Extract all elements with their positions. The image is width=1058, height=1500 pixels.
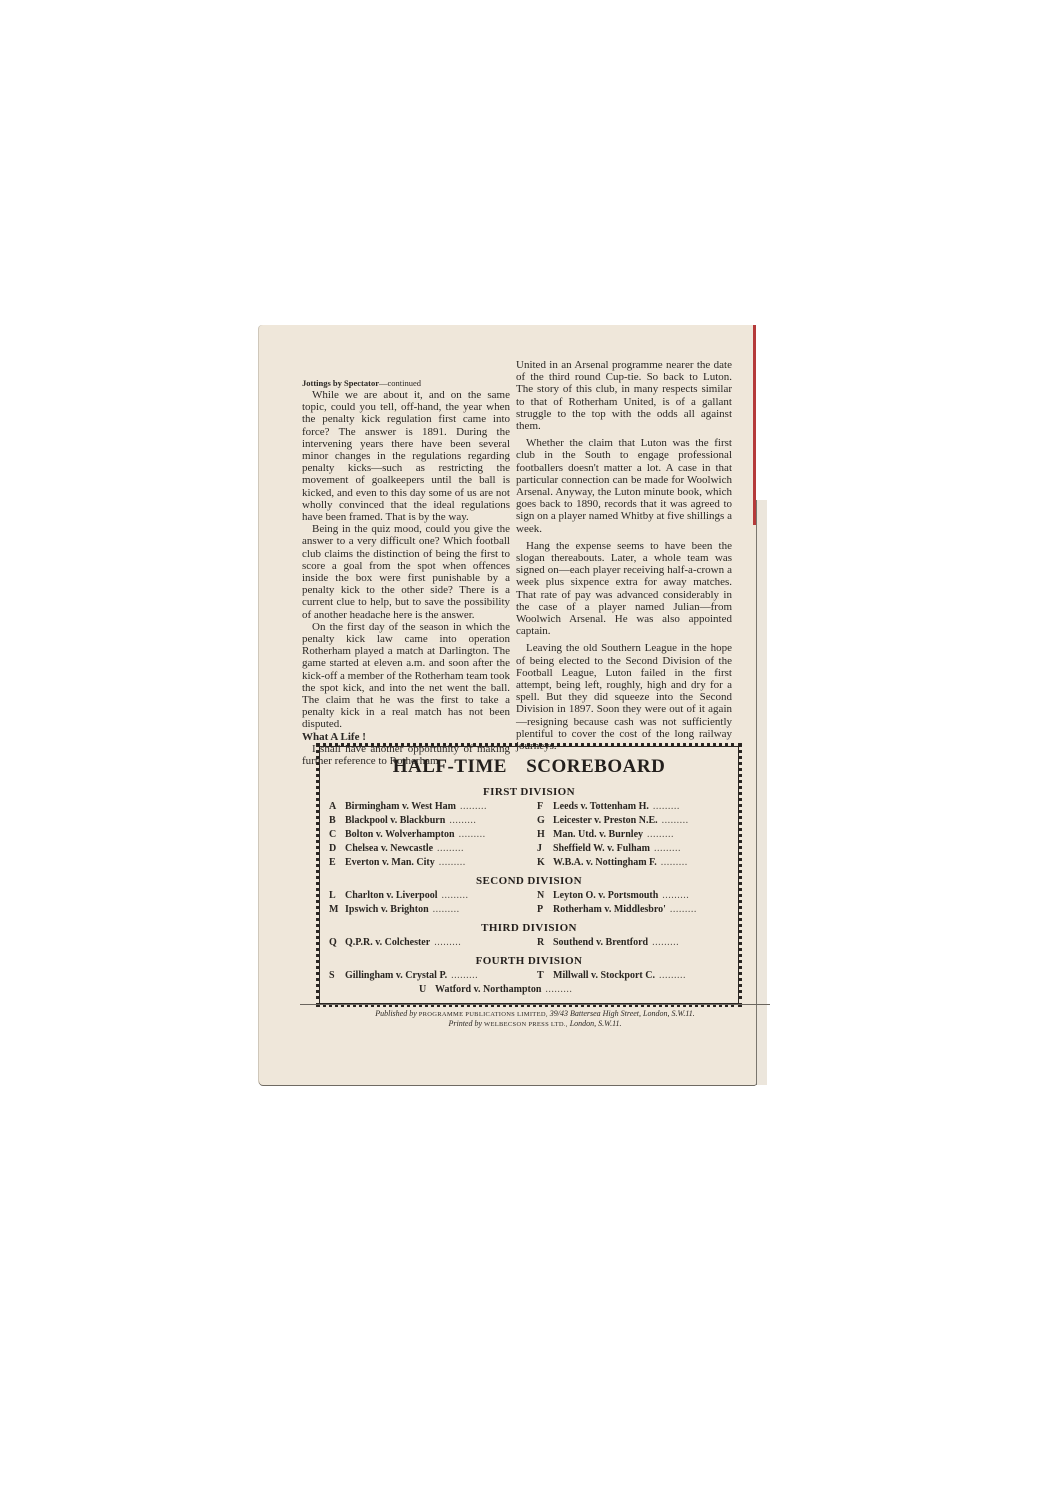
fixture-match: Man. Utd. v. Burnley	[553, 829, 643, 840]
paragraph: While we are about it, and on the same t…	[302, 389, 510, 523]
imprint: Published by PROGRAMME PUBLICATIONS LIMI…	[300, 1004, 770, 1029]
column-title: Jottings by Spectator	[302, 378, 379, 388]
fixture-row: TMillwall v. Stockport C..........	[537, 970, 686, 981]
paragraph: United in an Arsenal programme nearer th…	[516, 359, 732, 432]
fixture-match: Gillingham v. Crystal P.	[345, 970, 447, 981]
score-entry-dots: .........	[545, 984, 572, 995]
fixture-match: Millwall v. Stockport C.	[553, 970, 655, 981]
page-edge	[756, 500, 767, 1085]
fixture-code: Q	[329, 937, 345, 948]
fixture-code: R	[537, 937, 553, 948]
fixture-match: Birmingham v. West Ham	[345, 801, 456, 812]
fixture-row: LCharlton v. Liverpool.........	[329, 890, 469, 901]
division-heading: THIRD DIVISION	[319, 922, 739, 934]
fixture-row: GLeicester v. Preston N.E..........	[537, 815, 689, 826]
fixture-match: W.B.A. v. Nottingham F.	[553, 857, 657, 868]
fixture-row: BBlackpool v. Blackburn.........	[329, 815, 476, 826]
fixture-row: DChelsea v. Newcastle.........	[329, 843, 464, 854]
left-column: While we are about it, and on the same t…	[302, 389, 510, 767]
fixture-code: B	[329, 815, 345, 826]
score-entry-dots: .........	[659, 970, 686, 981]
fixture-row: PRotherham v. Middlesbro'.........	[537, 904, 697, 915]
red-spine-edge	[753, 325, 756, 525]
fixture-match: Leeds v. Tottenham H.	[553, 801, 649, 812]
fixture-match: Leyton O. v. Portsmouth	[553, 890, 658, 901]
imprint-published-prefix: Published by	[375, 1009, 417, 1018]
fixture-code: N	[537, 890, 553, 901]
score-entry-dots: .........	[460, 801, 487, 812]
fixture-match: Bolton v. Wolverhampton	[345, 829, 455, 840]
half-time-scoreboard: HALF-TIME SCOREBOARD FIRST DIVISIONABirm…	[316, 743, 742, 1007]
imprint-published-address: 39/43 Battersea High Street, London, S.W…	[550, 1009, 695, 1018]
imprint-printer: WELBECSON PRESS LTD.,	[484, 1021, 568, 1028]
score-entry-dots: .........	[451, 970, 478, 981]
score-entry-dots: .........	[670, 904, 697, 915]
fixture-match: Southend v. Brentford	[553, 937, 648, 948]
score-entry-dots: .........	[661, 857, 688, 868]
imprint-printed-prefix: Printed by	[448, 1019, 482, 1028]
score-entry-dots: .........	[442, 890, 469, 901]
fixture-row: RSouthend v. Brentford.........	[537, 937, 679, 948]
paragraph: Whether the claim that Luton was the fir…	[516, 437, 732, 535]
fixture-row: CBolton v. Wolverhampton.........	[329, 829, 486, 840]
fixture-match: Rotherham v. Middlesbro'	[553, 904, 666, 915]
fixture-code: F	[537, 801, 553, 812]
score-entry-dots: .........	[437, 843, 464, 854]
fixture-match: Sheffield W. v. Fulham	[553, 843, 650, 854]
fixture-code: S	[329, 970, 345, 981]
score-entry-dots: .........	[439, 857, 466, 868]
fixture-code: D	[329, 843, 345, 854]
fixture-code: J	[537, 843, 553, 854]
division-heading: FIRST DIVISION	[319, 786, 739, 798]
fixture-row: HMan. Utd. v. Burnley.........	[537, 829, 674, 840]
fixture-code: K	[537, 857, 553, 868]
fixture-row: ABirmingham v. West Ham.........	[329, 801, 487, 812]
score-entry-dots: .........	[647, 829, 674, 840]
fixture-row: QQ.P.R. v. Colchester.........	[329, 937, 461, 948]
fixture-row: NLeyton O. v. Portsmouth.........	[537, 890, 689, 901]
imprint-printed-address: London, S.W.11.	[570, 1019, 622, 1028]
fixture-code: H	[537, 829, 553, 840]
score-entry-dots: .........	[459, 829, 486, 840]
fixture-match: Q.P.R. v. Colchester	[345, 937, 430, 948]
right-column: United in an Arsenal programme nearer th…	[516, 359, 732, 752]
score-entry-dots: .........	[654, 843, 681, 854]
division-heading: FOURTH DIVISION	[319, 955, 739, 967]
fixture-code: T	[537, 970, 553, 981]
score-entry-dots: .........	[662, 815, 689, 826]
fixture-code: U	[419, 984, 435, 995]
fixture-match: Charlton v. Liverpool	[345, 890, 438, 901]
fixture-match: Ipswich v. Brighton	[345, 904, 429, 915]
score-entry-dots: .........	[652, 937, 679, 948]
fixture-row: EEverton v. Man. City.........	[329, 857, 466, 868]
scoreboard-title: HALF-TIME SCOREBOARD	[319, 756, 739, 778]
fixture-code: E	[329, 857, 345, 868]
fixture-row: KW.B.A. v. Nottingham F..........	[537, 857, 688, 868]
score-entry-dots: .........	[662, 890, 689, 901]
fixture-row: FLeeds v. Tottenham H..........	[537, 801, 680, 812]
subheading: What A Life !	[302, 731, 510, 743]
fixture-match: Everton v. Man. City	[345, 857, 435, 868]
fixture-code: L	[329, 890, 345, 901]
paragraph: On the first day of the season in which …	[302, 621, 510, 731]
fixture-match: Watford v. Northampton	[435, 984, 541, 995]
column-header: Jottings by Spectator—continued	[302, 378, 421, 388]
column-continued: —continued	[379, 378, 421, 388]
score-entry-dots: .........	[449, 815, 476, 826]
fixture-row: JSheffield W. v. Fulham.........	[537, 843, 681, 854]
fixture-row: UWatford v. Northampton.........	[419, 984, 572, 995]
fixture-row: MIpswich v. Brighton.........	[329, 904, 460, 915]
fixture-code: P	[537, 904, 553, 915]
fixture-match: Chelsea v. Newcastle	[345, 843, 433, 854]
division-heading: SECOND DIVISION	[319, 875, 739, 887]
fixture-match: Blackpool v. Blackburn	[345, 815, 445, 826]
fixture-match: Leicester v. Preston N.E.	[553, 815, 658, 826]
fixture-row: SGillingham v. Crystal P..........	[329, 970, 478, 981]
paragraph: Leaving the old Southern League in the h…	[516, 642, 732, 752]
imprint-publisher: PROGRAMME PUBLICATIONS LIMITED,	[419, 1011, 548, 1018]
paragraph: Being in the quiz mood, could you give t…	[302, 523, 510, 621]
fixture-code: C	[329, 829, 345, 840]
fixture-code: M	[329, 904, 345, 915]
fixture-code: G	[537, 815, 553, 826]
score-entry-dots: .........	[434, 937, 461, 948]
score-entry-dots: .........	[433, 904, 460, 915]
paragraph: Hang the expense seems to have been the …	[516, 540, 732, 638]
fixture-code: A	[329, 801, 345, 812]
score-entry-dots: .........	[653, 801, 680, 812]
